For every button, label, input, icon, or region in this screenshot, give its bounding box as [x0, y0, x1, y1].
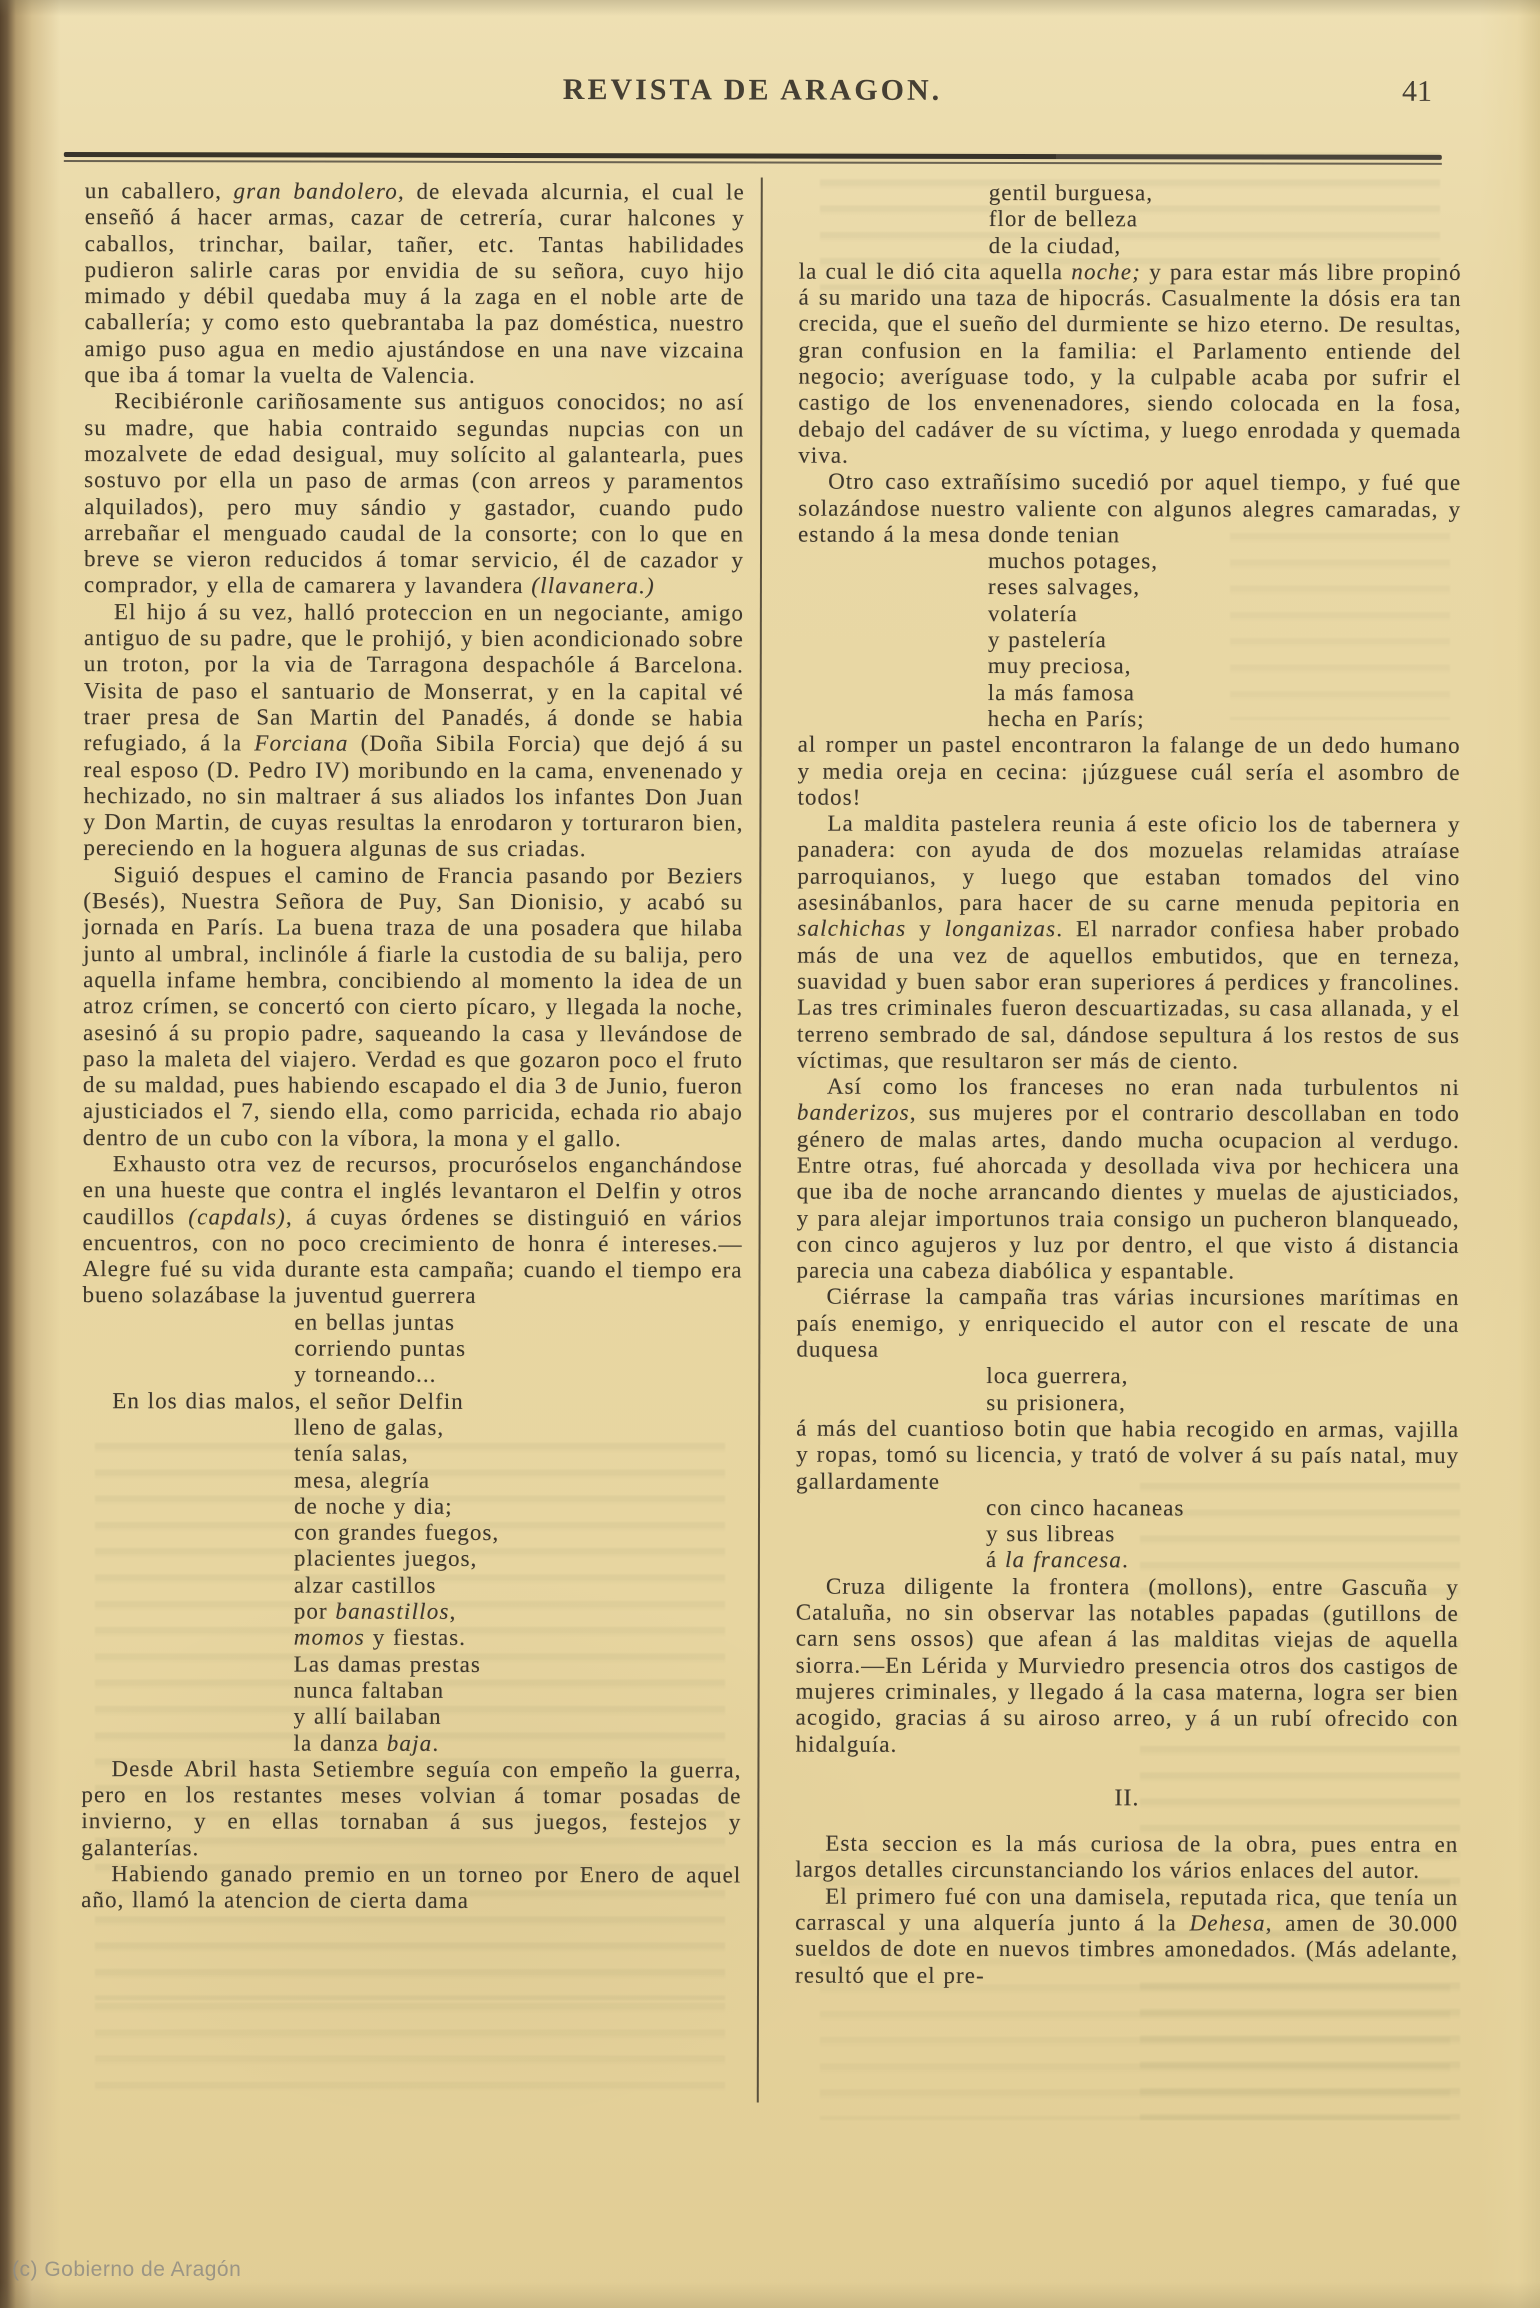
emphasis-text: banastillos: [335, 1599, 449, 1624]
emphasis-text: salchichas: [797, 916, 906, 941]
text-run: flor de belleza: [989, 206, 1138, 231]
paragraph: Así como los franceses no eran nada turb…: [796, 1074, 1459, 1286]
text-run: Así como los franceses no eran nada turb…: [827, 1074, 1460, 1100]
text-run: ,: [450, 1599, 457, 1624]
verse-line: muchos potages,: [988, 548, 1461, 575]
verse-line: nunca faltaban: [294, 1677, 742, 1704]
verse-line: y sus libreas: [986, 1521, 1459, 1548]
column-divider-rule: [757, 177, 763, 2102]
paragraph: La maldita pastelera reunia á este ofici…: [797, 811, 1461, 1075]
text-run: tenía salas,: [294, 1441, 409, 1466]
text-run: Esta seccion es la más curiosa de la obr…: [795, 1831, 1458, 1884]
text-run: la más famosa: [988, 680, 1135, 705]
emphasis-text: noche;: [1071, 259, 1141, 284]
header-rule-thin-line: [64, 160, 1442, 165]
verse-line: á la francesa.: [986, 1547, 1459, 1574]
archive-watermark: (c) Gobierno de Aragón: [12, 2258, 241, 2282]
paragraph: El hijo á su vez, halló proteccion en un…: [83, 599, 744, 863]
text-run: la danza: [293, 1730, 386, 1755]
text-run: nunca faltaban: [294, 1677, 444, 1702]
text-run: loca guerrera,: [986, 1363, 1128, 1388]
text-run: Otro caso extrañísimo sucedió por aquel …: [798, 469, 1461, 547]
header-rule: [64, 152, 1442, 165]
verse-line: hecha en París;: [988, 706, 1461, 733]
text-run: por: [294, 1599, 336, 1624]
paragraph: Recibiéronle cariñosamente sus antiguos …: [84, 388, 744, 600]
verse-block: lleno de galas,tenía salas,mesa, alegría…: [81, 1414, 742, 1757]
text-run: al romper un pastel encontraron la falan…: [797, 732, 1460, 810]
verse-line: gentil burguesa,: [989, 180, 1462, 207]
verse-block: loca guerrera,su prisionera,: [796, 1363, 1459, 1417]
verse-line: placientes juegos,: [294, 1546, 742, 1573]
text-run: corriendo puntas: [294, 1336, 466, 1361]
verse-line: alzar castillos: [294, 1572, 742, 1599]
text-run: Siguió despues el camino de Francia pasa…: [83, 862, 744, 1151]
section-heading: II.: [795, 1784, 1458, 1812]
verse-line: con grandes fuegos,: [294, 1520, 742, 1547]
emphasis-text: (llavanera.): [531, 573, 655, 598]
emphasis-text: Forciana: [254, 731, 348, 756]
verse-line: por banastillos,: [294, 1599, 742, 1626]
text-run: con grandes fuegos,: [294, 1520, 499, 1545]
text-run: reses salvages,: [988, 574, 1140, 599]
text-run: , sus mujeres por el contrario descollab…: [796, 1100, 1459, 1283]
text-run: volatería: [988, 601, 1078, 626]
page-number: 41: [1402, 75, 1432, 109]
text-run: y sus libreas: [986, 1521, 1115, 1546]
verse-block: gentil burguesa,flor de bellezade la ciu…: [799, 180, 1462, 260]
text-run: y pastelería: [988, 627, 1107, 652]
right-column: gentil burguesa,flor de bellezade la ciu…: [795, 180, 1462, 1990]
paragraph: al romper un pastel encontraron la falan…: [797, 732, 1460, 812]
text-run: y allí bailaban: [294, 1704, 442, 1729]
text-run: hecha en París;: [988, 706, 1145, 731]
verse-line: su prisionera,: [986, 1390, 1459, 1417]
text-run: y torneando...: [294, 1362, 436, 1387]
verse-block: en bellas juntascorriendo puntasy tornea…: [82, 1309, 742, 1389]
text-run: su prisionera,: [986, 1390, 1126, 1415]
verse-line: momos y fiestas.: [294, 1625, 742, 1652]
emphasis-text: momos: [294, 1625, 365, 1650]
text-run: alzar castillos: [294, 1572, 437, 1597]
text-run: con cinco hacaneas: [986, 1495, 1184, 1520]
verse-line: y torneando...: [294, 1362, 742, 1389]
text-run: .: [1122, 1548, 1129, 1573]
text-run: La maldita pastelera reunia á este ofici…: [797, 811, 1460, 916]
emphasis-text: banderizos: [797, 1100, 910, 1125]
paragraph: Exhausto otra vez de recursos, procuróse…: [82, 1151, 742, 1310]
verse-block: con cinco hacaneasy sus libreasá la fran…: [796, 1494, 1459, 1574]
emphasis-text: longanizas: [945, 916, 1057, 941]
verse-line: en bellas juntas: [294, 1309, 742, 1336]
verse-line: y pastelería: [988, 627, 1461, 654]
verse-block: muchos potages,reses salvages,volateríay…: [798, 548, 1461, 733]
text-run: de elevada alcurnia, el cual le enseñó á…: [84, 179, 744, 388]
text-run: la cual le dió cita aquella: [799, 258, 1072, 284]
header-rule-thick-line: [64, 152, 1442, 160]
verse-line: la danza baja.: [293, 1730, 741, 1757]
journal-title: REVISTA DE ARAGON.: [65, 72, 1440, 109]
verse-line: de noche y dia;: [294, 1493, 742, 1520]
left-column: un caballero, gran bandolero, de elevada…: [81, 178, 745, 1915]
verse-line: corriendo puntas: [294, 1336, 742, 1363]
text-run: de noche y dia;: [294, 1493, 453, 1518]
verse-line: la más famosa: [988, 680, 1461, 707]
text-run: Cruza diligente la frontera (mollons), e…: [795, 1573, 1458, 1756]
emphasis-text: gran bandolero,: [233, 178, 404, 203]
text-run: Desde Abril hasta Setiembre seguía con e…: [81, 1756, 741, 1860]
text-run: un caballero,: [85, 178, 234, 203]
paragraph: un caballero, gran bandolero, de elevada…: [84, 178, 744, 390]
paragraph: El primero fué con una damisela, reputad…: [795, 1883, 1458, 1990]
text-run: En los dias malos, el señor Delfin: [112, 1388, 464, 1414]
emphasis-text: (capdals): [188, 1204, 286, 1229]
text-run: de la ciudad,: [989, 233, 1122, 258]
text-run: Las damas prestas: [294, 1651, 481, 1676]
verse-line: lleno de galas,: [294, 1414, 742, 1441]
text-run: y: [906, 916, 944, 941]
verse-line: flor de belleza: [989, 206, 1462, 233]
text-run: mesa, alegría: [294, 1467, 430, 1492]
emphasis-text: Dehesa: [1189, 1910, 1265, 1935]
verse-line: mesa, alegría: [294, 1467, 742, 1494]
emphasis-text: baja: [387, 1730, 433, 1755]
paragraph: Desde Abril hasta Setiembre seguía con e…: [81, 1756, 741, 1863]
paragraph: Esta seccion es la más curiosa de la obr…: [795, 1831, 1458, 1885]
paragraph: Ciérrase la campaña tras várias incursio…: [796, 1284, 1459, 1364]
text-run: y para estar más libre propinó á su mari…: [798, 259, 1461, 467]
paragraph: Otro caso extrañísimo sucedió por aquel …: [798, 469, 1461, 549]
text-run: lleno de galas,: [294, 1414, 444, 1439]
text-run: .: [432, 1730, 439, 1755]
verse-line: Las damas prestas: [294, 1651, 742, 1678]
text-run: Recibiéronle cariñosamente sus antiguos …: [84, 388, 744, 598]
text-run: placientes juegos,: [294, 1546, 477, 1571]
text-run: Habiendo ganado premio en un torneo por …: [81, 1861, 741, 1913]
paragraph: la cual le dió cita aquella noche; y par…: [798, 258, 1461, 470]
text-run: en bellas juntas: [294, 1309, 455, 1334]
paragraph: á más del cuantioso botin que habia reco…: [796, 1415, 1459, 1495]
verse-line: reses salvages,: [988, 574, 1461, 601]
verse-line: y allí bailaban: [294, 1704, 742, 1731]
scanned-page: { "header": { "title": "REVISTA DE ARAGO…: [0, 0, 1540, 2308]
text-run: muchos potages,: [988, 548, 1158, 573]
emphasis-text: la francesa: [1005, 1547, 1122, 1572]
paragraph: Habiendo ganado premio en un torneo por …: [81, 1861, 741, 1915]
paragraph: En los dias malos, el señor Delfin: [82, 1388, 742, 1416]
text-run: gentil burguesa,: [989, 180, 1153, 205]
text-run: y fiestas.: [365, 1625, 466, 1650]
verse-line: muy preciosa,: [988, 653, 1461, 680]
text-run: á más del cuantioso botin que habia reco…: [796, 1415, 1459, 1493]
verse-line: tenía salas,: [294, 1441, 742, 1468]
text-run: á: [986, 1547, 1005, 1572]
verse-line: volatería: [988, 601, 1461, 628]
verse-line: con cinco hacaneas: [986, 1495, 1459, 1522]
paragraph: Cruza diligente la frontera (mollons), e…: [795, 1573, 1458, 1758]
verse-line: loca guerrera,: [986, 1363, 1459, 1390]
paragraph: Siguió despues el camino de Francia pasa…: [83, 862, 744, 1153]
page-content: REVISTA DE ARAGON. 41 un caballero, gran…: [0, 0, 1540, 2308]
text-run: muy preciosa,: [988, 653, 1132, 678]
text-run: Ciérrase la campaña tras várias incursio…: [796, 1284, 1459, 1362]
verse-line: de la ciudad,: [989, 233, 1462, 260]
